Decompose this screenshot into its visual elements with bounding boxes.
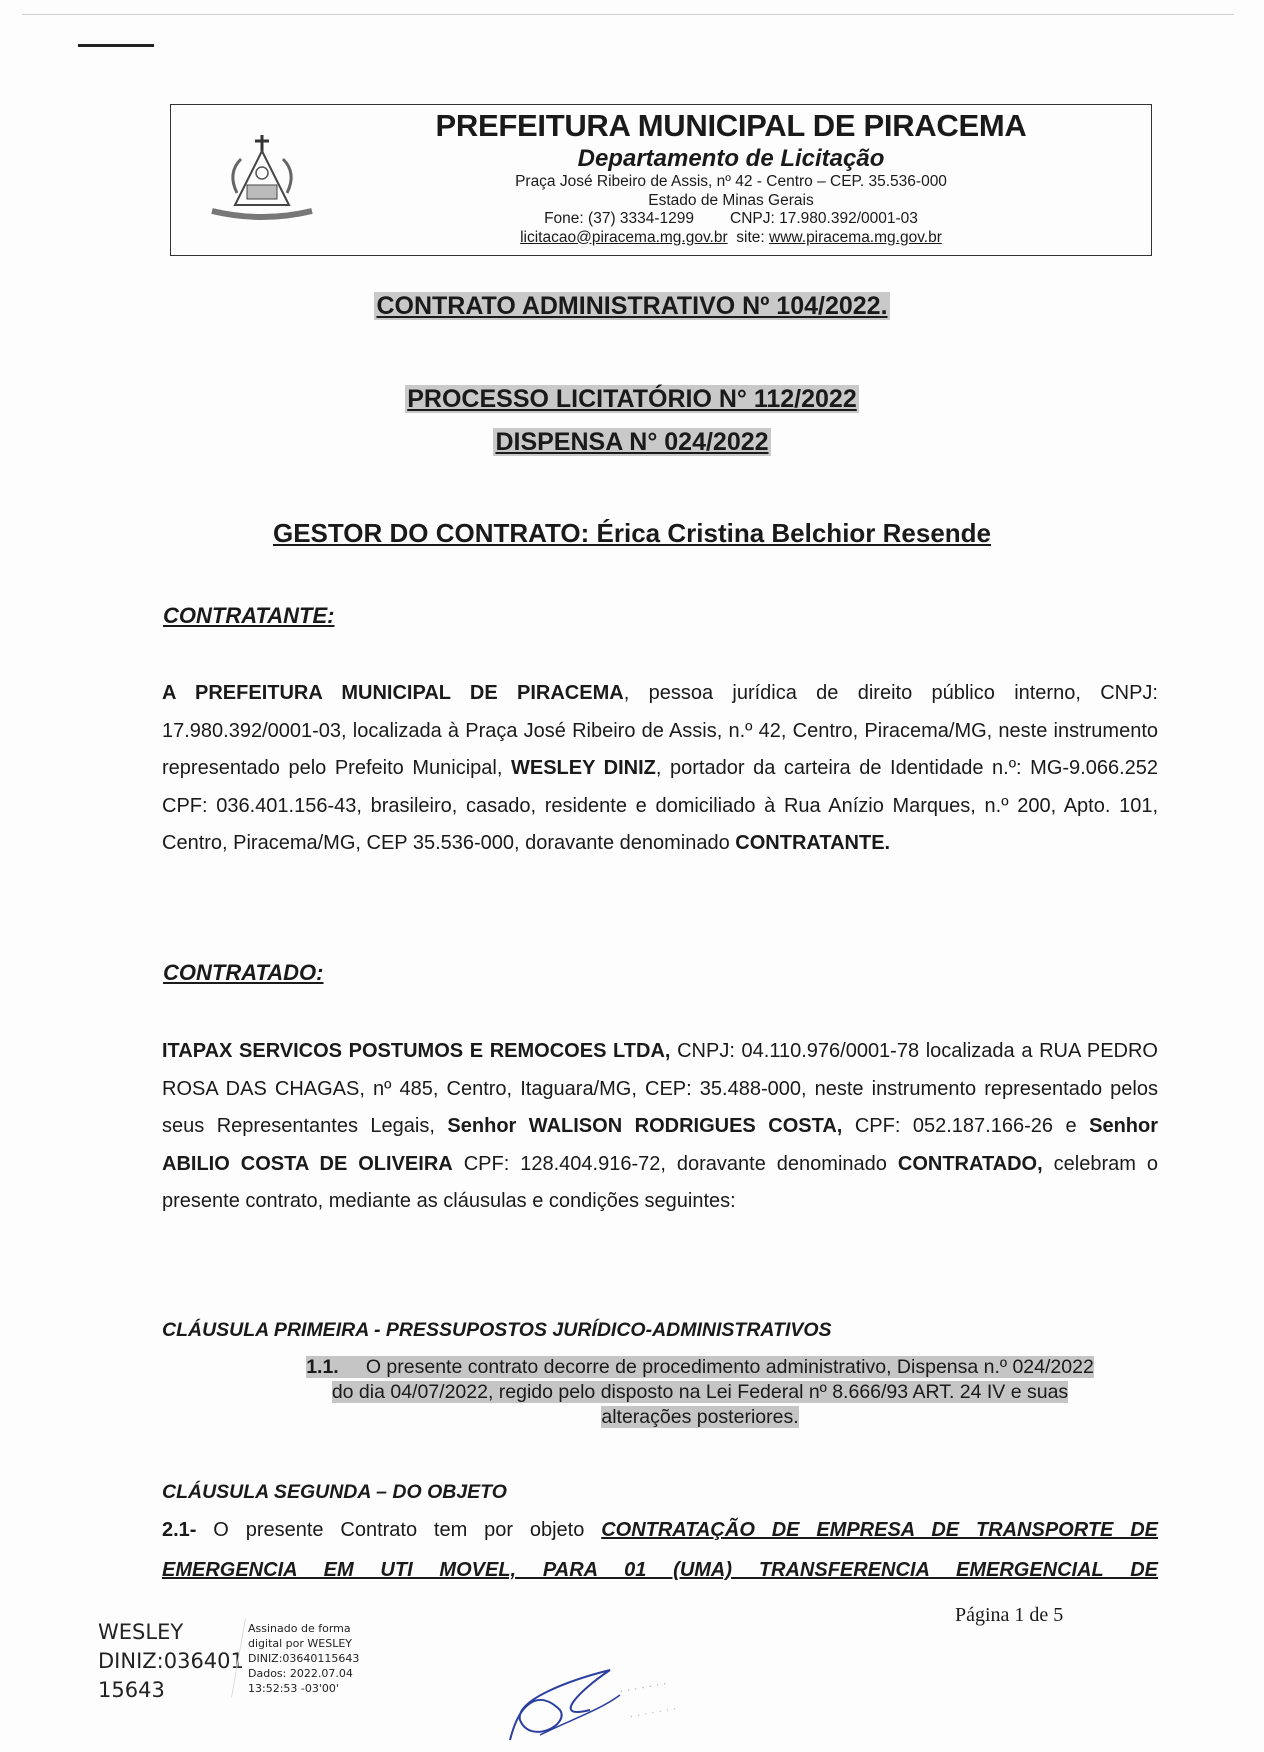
clause-2-title: CLÁUSULA SEGUNDA – DO OBJETO <box>162 1481 507 1504</box>
waiver-number-heading: DISPENSA N° 024/2022 <box>0 428 1264 457</box>
letterhead-cnpj: CNPJ: 17.980.392/0001-03 <box>730 210 918 227</box>
contract-number-heading: CONTRATO ADMINISTRATIVO Nº 104/2022. <box>0 292 1264 321</box>
svg-text:· · · · · · ·: · · · · · · · <box>628 1701 678 1723</box>
letterhead: PREFEITURA MUNICIPAL DE PIRACEMA Departa… <box>170 104 1152 256</box>
digital-signer-name: WESLEY DINIZ:036401 15643 <box>98 1618 244 1705</box>
letterhead-state: Estado de Minas Gerais <box>321 192 1141 211</box>
contratado-label: CONTRATADO: <box>163 960 324 986</box>
municipal-crest-icon <box>207 133 317 233</box>
contratante-label: CONTRATANTE: <box>163 603 335 629</box>
letterhead-title: PREFEITURA MUNICIPAL DE PIRACEMA <box>321 107 1141 145</box>
contratante-paragraph: A PREFEITURA MUNICIPAL DE PIRACEMA, pess… <box>162 675 1158 863</box>
contract-manager-heading: GESTOR DO CONTRATO: Érica Cristina Belch… <box>0 518 1264 549</box>
letterhead-site-link[interactable]: www.piracema.mg.gov.br <box>769 229 942 246</box>
letterhead-email-link[interactable]: licitacao@piracema.mg.gov.br <box>520 229 728 246</box>
clause-2-body: 2.1- O presente Contrato tem por objeto … <box>162 1510 1158 1590</box>
letterhead-site-label: site: <box>736 229 764 246</box>
clause-1-body: 1.1. O presente contrato decorre de proc… <box>240 1355 1160 1430</box>
letterhead-phone: Fone: (37) 3334-1299 <box>544 210 694 227</box>
letterhead-department: Departamento de Licitação <box>321 145 1141 173</box>
process-number-heading: PROCESSO LICITATÓRIO N° 112/2022 <box>0 385 1264 414</box>
page-number: Página 1 de 5 <box>955 1604 1063 1627</box>
page-edge-line <box>22 14 1234 15</box>
contratado-paragraph: ITAPAX SERVICOS POSTUMOS E REMOCOES LTDA… <box>162 1033 1158 1221</box>
clause-1-title: CLÁUSULA PRIMEIRA - PRESSUPOSTOS JURÍDIC… <box>162 1319 832 1342</box>
letterhead-address: Praça José Ribeiro de Assis, nº 42 - Cen… <box>321 173 1141 192</box>
digital-signature-info: Assinado de forma digital por WESLEY DIN… <box>248 1621 359 1696</box>
handwritten-signature-icon: · · · · · · · · · · · · · · <box>450 1650 790 1750</box>
svg-text:· · · · · · ·: · · · · · · · <box>618 1676 668 1698</box>
scan-corner-mark <box>78 44 154 47</box>
